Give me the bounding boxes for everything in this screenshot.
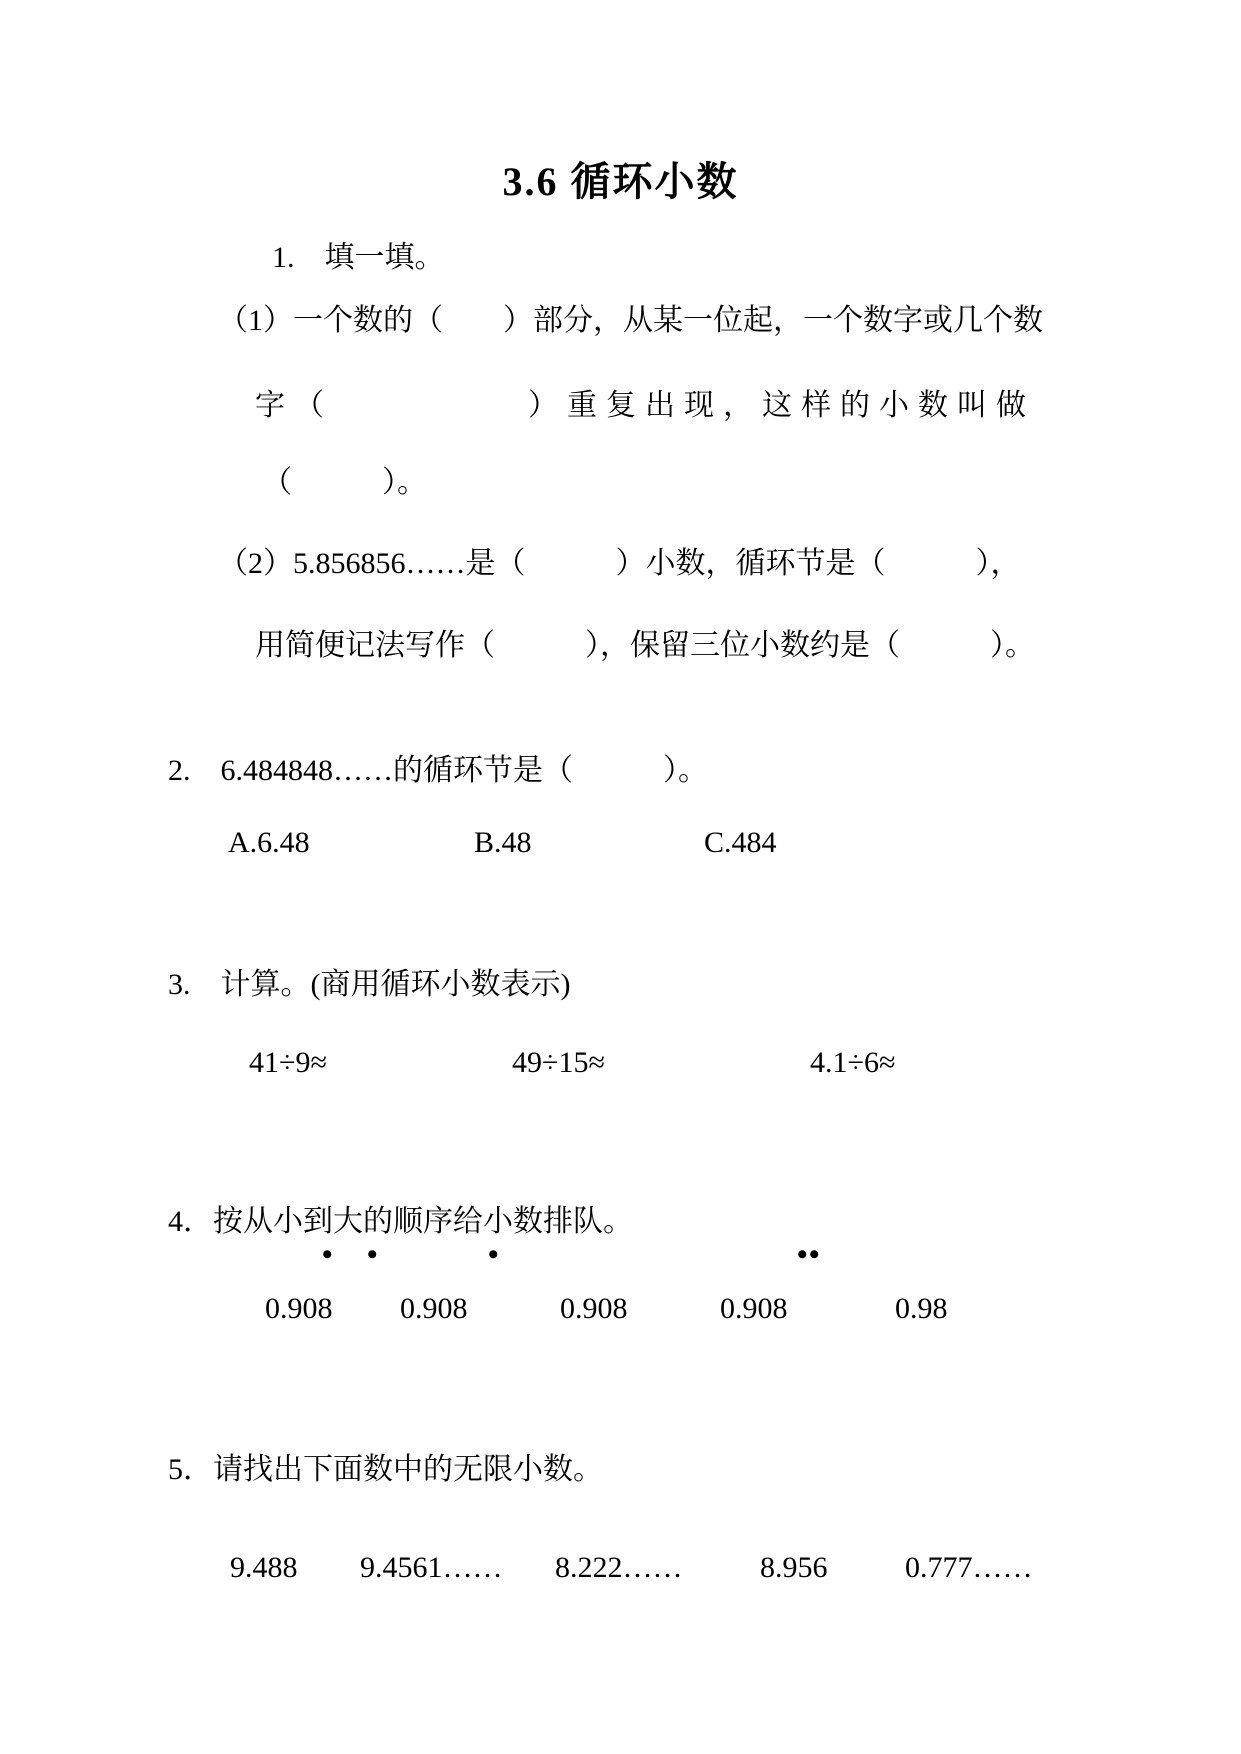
- q2-option-b: B.48: [474, 826, 532, 860]
- q4-number-5: 0.98: [895, 1292, 948, 1326]
- q1-part1-line2: 字（ ）重复出现，这样的小数叫做: [255, 388, 1035, 424]
- q2-option-a: A.6.48: [228, 826, 310, 860]
- worksheet-page: 3.6 循环小数 1. 填一填。 （1）一个数的（ ）部分，从某一位起，一个数字…: [0, 0, 1241, 1754]
- q4-number-2: 0.908: [400, 1292, 468, 1326]
- q1-part2-line1: （2）5.856856……是（ ）小数，循环节是（ ），: [218, 546, 1021, 582]
- q5-number-4: 8.956: [760, 1551, 828, 1585]
- q3-expression-2: 49÷15≈: [512, 1046, 605, 1080]
- q1-part1-line1: （1）一个数的（ ）部分，从某一位起，一个数字或几个数: [218, 303, 1043, 339]
- q2-option-c: C.484: [704, 826, 777, 860]
- q4-number-4: 0.908: [720, 1292, 788, 1326]
- q1-part2-line2: 用简便记法写作（ ），保留三位小数约是（ ）。: [255, 628, 1035, 664]
- q1-part1-line3: （ ）。: [262, 465, 427, 501]
- repeating-dots-group-3: ••: [797, 1238, 821, 1272]
- q1-heading: 1. 填一填。: [272, 240, 445, 276]
- q5-number-1: 9.488: [230, 1551, 298, 1585]
- repeating-dots-group-2: •: [488, 1238, 512, 1272]
- page-title: 3.6 循环小数: [0, 150, 1241, 207]
- q5-number-2: 9.4561……: [360, 1551, 503, 1585]
- q3-expression-3: 4.1÷6≈: [810, 1046, 895, 1080]
- q5-number-3: 8.222……: [555, 1551, 683, 1585]
- q4-stem: 4．按从小到大的顺序给小数排队。: [168, 1204, 633, 1240]
- repeating-dots-group-1: • •: [322, 1238, 391, 1272]
- q5-number-5: 0.777……: [905, 1551, 1033, 1585]
- q2-stem: 2. 6.484848……的循环节是（ ）。: [168, 753, 708, 789]
- q4-number-1: 0.908: [265, 1292, 333, 1326]
- q3-expression-1: 41÷9≈: [249, 1046, 327, 1080]
- q5-stem: 5．请找出下面数中的无限小数。: [168, 1452, 603, 1488]
- q3-stem: 3. 计算。(商用循环小数表示): [168, 967, 570, 1003]
- q4-number-3: 0.908: [560, 1292, 628, 1326]
